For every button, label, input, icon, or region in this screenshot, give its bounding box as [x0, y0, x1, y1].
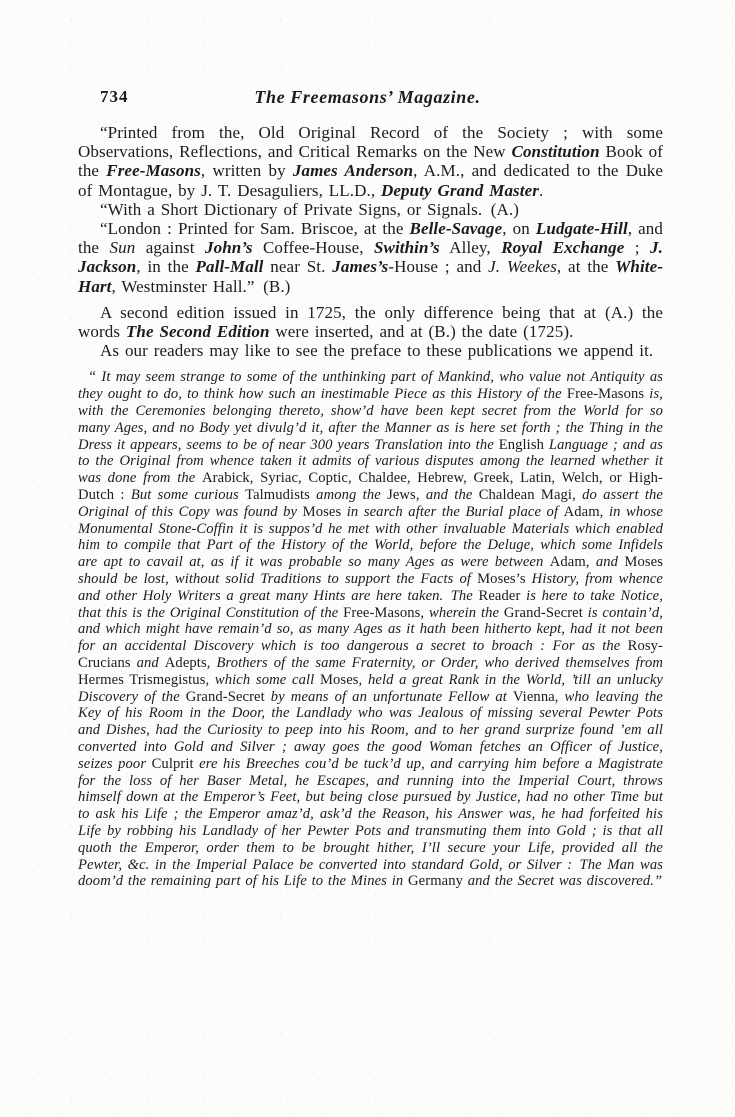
text-segment: wherein the: [424, 605, 504, 621]
text-segment: Coffee-House,: [253, 238, 374, 257]
text-segment: Adam,: [564, 504, 604, 520]
text-segment: ;: [624, 238, 650, 257]
text-segment: The Second Edition: [126, 322, 270, 341]
text-segment: Free-Masons: [106, 161, 201, 180]
text-segment: Royal Exchange: [501, 238, 624, 257]
text-segment: James’s: [332, 257, 388, 276]
text-segment: Vienna,: [513, 689, 559, 705]
paragraph-london-imprint: “London : Printed for Sam. Briscoe, at t…: [78, 219, 663, 296]
text-segment: As our readers may like to see the prefa…: [100, 341, 653, 360]
text-segment: which some call: [209, 672, 320, 688]
magazine-page: 734 The Freemasons’ Magazine. “Printed f…: [0, 0, 735, 1117]
preface-quote: “ It may seem strange to some of the unt…: [78, 369, 663, 890]
text-segment: should be lost, without solid Traditions…: [78, 571, 477, 587]
text-segment: Germany: [408, 873, 463, 889]
text-segment: and the Secret was discovered.”: [463, 873, 662, 889]
text-segment: by means of an unfortunate Fellow at: [265, 689, 513, 705]
text-segment: Free-Masons,: [343, 605, 424, 621]
page-number: 734: [100, 87, 129, 107]
text-segment: among the: [310, 487, 387, 503]
text-segment: Talmudists: [245, 487, 310, 503]
text-segment: James Anderson: [293, 161, 413, 180]
page-body: “Printed from the, Old Original Record o…: [78, 123, 663, 890]
text-segment: Constitution: [512, 142, 600, 161]
text-segment: -House ; and: [388, 257, 488, 276]
text-segment: Pall-Mall: [196, 257, 264, 276]
text-segment: and: [590, 554, 625, 570]
paragraph-second-edition: A second edition issued in 1725, the onl…: [78, 303, 663, 341]
text-segment: in search after the Burial place of: [341, 504, 563, 520]
text-segment: Reader: [479, 588, 521, 604]
text-segment: But some curious: [125, 487, 245, 503]
text-segment: , at the: [557, 257, 615, 276]
text-segment: Ludgate-Hill: [536, 219, 628, 238]
text-segment: Brothers of the same Fraternity, or Orde…: [211, 655, 664, 671]
text-segment: and the: [420, 487, 479, 503]
text-segment: , written by: [201, 161, 293, 180]
text-segment: against: [135, 238, 205, 257]
text-segment: , on: [502, 219, 536, 238]
text-segment: , Westminster Hall.” (B.): [111, 277, 290, 296]
text-segment: Adam,: [550, 554, 590, 570]
text-segment: Sun: [110, 238, 136, 257]
text-segment: ere his Breeches cou’d be tuck’d up, and…: [78, 756, 663, 890]
text-segment: Deputy Grand Master: [381, 181, 539, 200]
text-segment: Free-Masons: [567, 386, 644, 402]
text-segment: Hermes Trismegistus,: [78, 672, 209, 688]
text-segment: “London : Printed for Sam. Briscoe, at t…: [100, 219, 410, 238]
text-segment: John’s: [205, 238, 253, 257]
text-segment: Moses: [303, 504, 342, 520]
text-segment: , in the: [136, 257, 195, 276]
text-segment: Swithin’s: [374, 238, 440, 257]
paragraph-printed-from-record: “Printed from the, Old Original Record o…: [78, 123, 663, 200]
text-segment: and: [131, 655, 165, 671]
paragraph-readers-note: As our readers may like to see the prefa…: [78, 341, 663, 360]
text-segment: Grand-Secret: [504, 605, 583, 621]
text-segment: Adepts,: [165, 655, 211, 671]
page-header: 734 The Freemasons’ Magazine.: [0, 87, 735, 109]
text-segment: “With a Short Dictionary of Private Sign…: [100, 200, 519, 219]
text-segment: English: [499, 437, 544, 453]
text-segment: Moses: [624, 554, 663, 570]
text-segment: Moses’s: [477, 571, 526, 587]
text-segment: .: [539, 181, 543, 200]
text-segment: Alley,: [440, 238, 501, 257]
text-segment: Belle-Savage: [410, 219, 503, 238]
text-segment: Moses,: [320, 672, 362, 688]
text-segment: Chaldean Magi,: [479, 487, 576, 503]
text-segment: J. Weekes: [488, 257, 557, 276]
text-segment: were inserted, and at (B.) the date (172…: [270, 322, 574, 341]
paragraph-short-dictionary: “With a Short Dictionary of Private Sign…: [78, 200, 663, 219]
text-segment: Jews,: [387, 487, 420, 503]
text-segment: Grand-Secret: [186, 689, 265, 705]
text-segment: near St.: [264, 257, 333, 276]
text-segment: Culprit: [152, 756, 194, 772]
